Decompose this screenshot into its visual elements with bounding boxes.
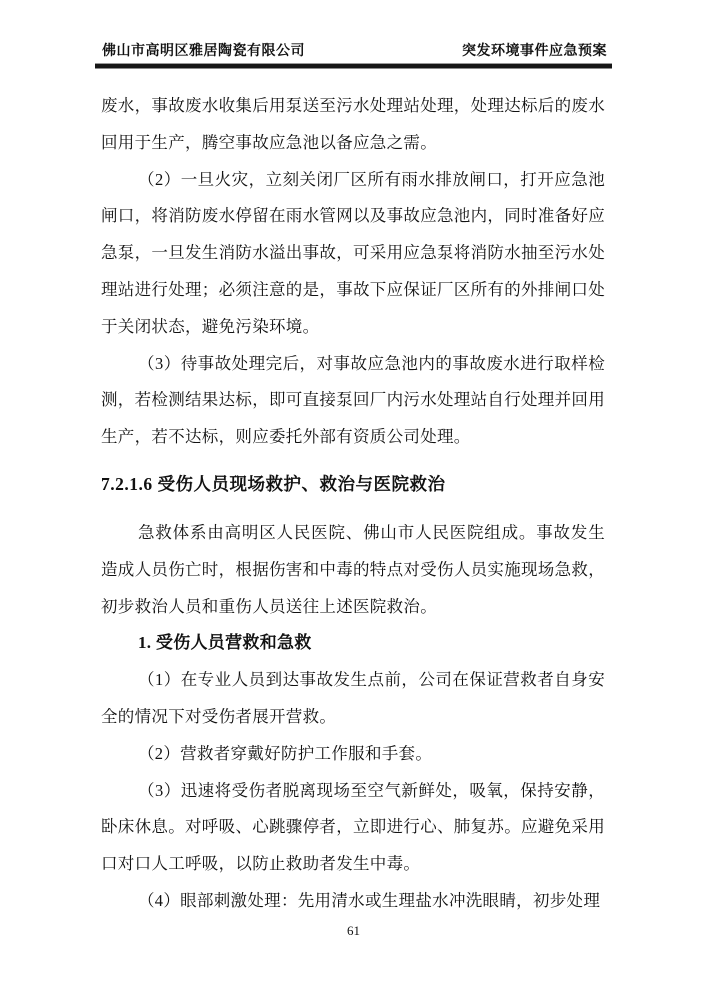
header-company-name: 佛山市高明区雅居陶瓷有限公司 bbox=[102, 44, 305, 60]
document-body: 废水，事故废水收集后用泵送至污水处理站处理，处理达标后的废水回用于生产，腾空事故… bbox=[101, 88, 605, 920]
page-number: 61 bbox=[347, 923, 360, 938]
sub-heading-rescue-and-first-aid: 1. 受伤人员营救和急救 bbox=[101, 625, 605, 662]
paragraph-rescue-item-2: （2）营救者穿戴好防护工作服和手套。 bbox=[101, 736, 605, 773]
paragraph-sampling-after-accident: （3）待事故处理完后，对事故应急池内的事故废水进行取样检测，若检测结果达标，即可… bbox=[101, 346, 605, 456]
paragraph-fire-response: （2）一旦火灾，立刻关闭厂区所有雨水排放闸口，打开应急池闸口，将消防废水停留在雨… bbox=[101, 162, 605, 346]
paragraph-rescue-item-4: （4）眼部刺激处理：先用清水或生理盐水冲洗眼睛，初步处理 bbox=[101, 883, 605, 920]
paragraph-rescue-item-3: （3）迅速将受伤者脱离现场至空气新鲜处，吸氧，保持安静，卧床休息。对呼吸、心跳骤… bbox=[101, 773, 605, 883]
header-divider-rule bbox=[95, 63, 612, 69]
page-header: 佛山市高明区雅居陶瓷有限公司 突发环境事件应急预案 bbox=[102, 44, 607, 60]
section-heading-7-2-1-6: 7.2.1.6 受伤人员现场救护、救治与医院救治 bbox=[101, 466, 605, 503]
paragraph-wastewater-continuation: 废水，事故废水收集后用泵送至污水处理站处理，处理达标后的废水回用于生产，腾空事故… bbox=[101, 88, 605, 162]
header-doc-title: 突发环境事件应急预案 bbox=[462, 44, 607, 60]
paragraph-rescue-item-1: （1）在专业人员到达事故发生点前，公司在保证营救者自身安全的情况下对受伤者展开营… bbox=[101, 662, 605, 736]
paragraph-medical-system: 急救体系由高明区人民医院、佛山市人民医院组成。事故发生造成人员伤亡时，根据伤害和… bbox=[101, 515, 605, 625]
document-page: 佛山市高明区雅居陶瓷有限公司 突发环境事件应急预案 废水，事故废水收集后用泵送至… bbox=[0, 0, 707, 1000]
page-footer: 61 bbox=[0, 922, 707, 940]
